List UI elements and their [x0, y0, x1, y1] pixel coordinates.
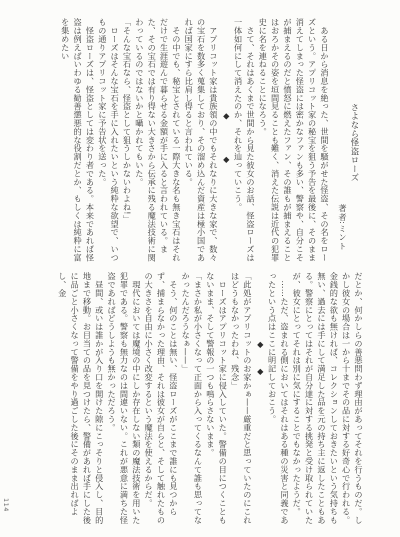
- paragraph: ……ただ、盗まれる側においてはそれはある種の災害と同義であったという点はここに明…: [266, 272, 291, 530]
- paragraph: 怪盗ローズは、怪盗としては変わり者である。本来であれば怪盗は例えばいわゆる勧善懲…: [59, 18, 96, 266]
- top-text-tier: ある日から消息を絶った、世間を騒がせた怪盗、その名をローズという。アプリコット家…: [30, 18, 365, 266]
- paragraph: さて、それはあくまで世間から見た彼女のお話、怪盗ローズは一体如何にして消えたのか…: [232, 18, 257, 266]
- paragraph: 「まさか私が小さくなって正面から入ってくるなんて誰も思ってなかったんだろうなぁ—…: [180, 272, 205, 530]
- paragraph: ある日から消息を絶った、世間を騒がせた怪盗、その名をローズという。アプリコット家…: [257, 18, 331, 266]
- paragraph: アプリコット家は貴族領の中でもそれなりに大きな家で、数々の宝石を数多く蒐集してお…: [183, 18, 220, 266]
- paragraph: ローズはアプリコット家に侵入していた。警備の目につくこともないまま、そして警報の…: [205, 272, 230, 530]
- scene-break: ◆ ◆: [220, 18, 232, 266]
- novel-page: さよなら怪盗ローズ 著者:ミント ある日から消息を絶った、世間を騒がせた怪盗、そ…: [0, 0, 400, 537]
- paragraph: ローズはそんな宝石を手に入れたいという純粋な欲望で、いつもの通りアプリコット家に…: [96, 18, 121, 266]
- scene-break: ◆ ◆: [254, 272, 266, 530]
- bottom-text-tier: だとか、何かしらの善悪問わず理由があってそれを行うものだ。しかし彼女の場合は一か…: [30, 272, 365, 530]
- page-number: 114: [2, 498, 10, 512]
- paragraph: 「そんな宝石なら、怪盗として狙うしかないわよね!」: [121, 18, 133, 266]
- paragraph: 昼間、或いは誰かが入り口を開けた隙にこっそりと侵入し、目的地まで移動。お目当ての…: [56, 272, 105, 530]
- paragraph: だとか、何かしらの善悪問わず理由があってそれを行うものだ。しかし彼女の場合は一か…: [291, 272, 365, 530]
- paragraph: 「此処がアプリコットのお家かぁ——厳重だと思っていたのにこれはどうもなかったわね…: [229, 272, 254, 530]
- paragraph: そう、何のことは無い、怪盗ローズがここまで誰にも見つからず、捕まらなかった理由、…: [143, 272, 180, 530]
- paragraph: その中でも、秘宝とされている一際大きな名も無き宝石はそれだけで生涯遊んで暮らせる…: [134, 18, 183, 266]
- paragraph: 現代においては魔境の中にしか存在しない類の魔法技術を用いた犯罪である。警察も無力…: [106, 272, 143, 530]
